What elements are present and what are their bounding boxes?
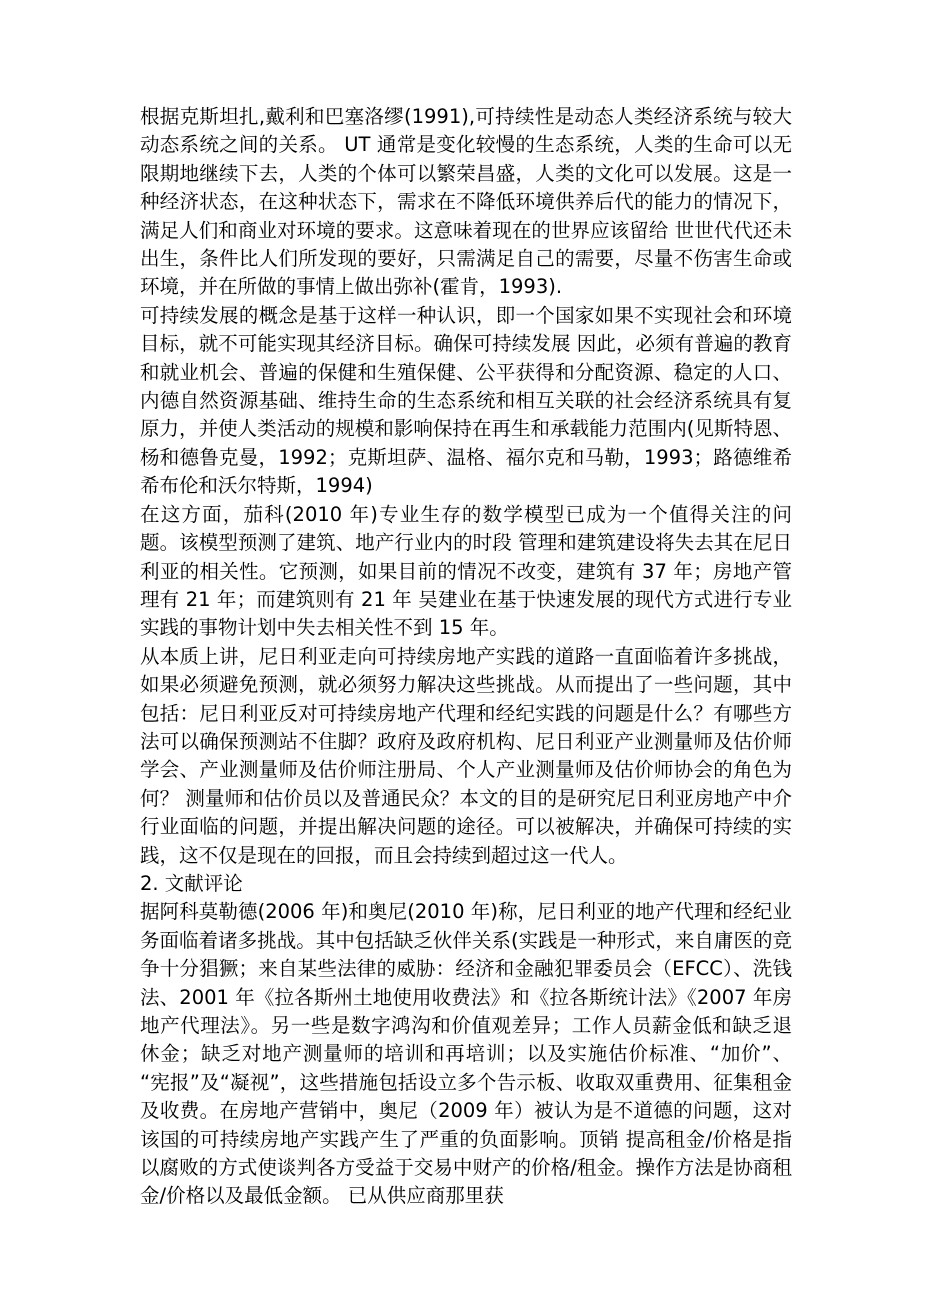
paragraph-professional-survival-model: 在这方面，茄科(2010 年)专业生存的数学模型已成为一个值得关注的问题。该模型… [140, 501, 792, 643]
document-text-block: 根据克斯坦扎,戴利和巴塞洛缪(1991),可持续性是动态人类经济系统与较大动态系… [140, 103, 792, 1211]
section-heading-literature-review: 2. 文献评论 [140, 870, 792, 898]
document-page: 根据克斯坦扎,戴利和巴塞洛缪(1991),可持续性是动态人类经济系统与较大动态系… [0, 0, 926, 1309]
paragraph-sustainability-definition: 根据克斯坦扎,戴利和巴塞洛缪(1991),可持续性是动态人类经济系统与较大动态系… [140, 103, 792, 302]
paragraph-literature-review-body: 据阿科莫勒德(2006 年)和奥尼(2010 年)称，尼日利亚的地产代理和经纪业… [140, 898, 792, 1210]
paragraph-challenges-and-research-questions: 从本质上讲，尼日利亚走向可持续房地产实践的道路一直面临着许多挑战，如果必须避免预… [140, 643, 792, 870]
paragraph-sustainable-development-concept: 可持续发展的概念是基于这样一种认识，即一个国家如果不实现社会和环境目标，就不可能… [140, 302, 792, 501]
